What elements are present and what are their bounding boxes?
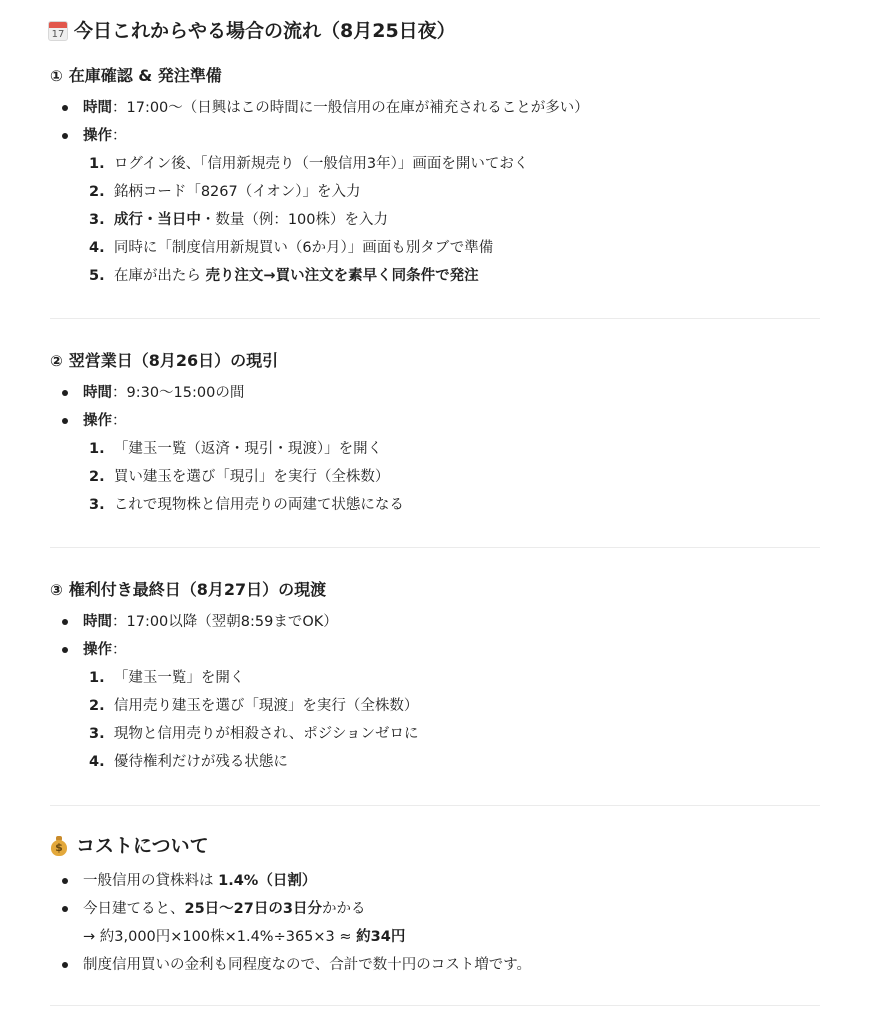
bullet-icon (62, 418, 68, 424)
section-1-heading: ① 在庫確認 & 発注準備 (50, 64, 222, 88)
divider (50, 1005, 820, 1006)
section-2-step: 1. 「建玉一覧（返済・現引・現渡）」を開く (89, 439, 382, 459)
section-1-step: 1. ログイン後、「信用新規売り（一般信用3年）」画面を開いておく (89, 154, 528, 174)
section-1-step: 5. 在庫が出たら 売り注文→買い注文を素早く同条件で発注 (89, 266, 479, 286)
section-2-ops-label: 操作： (83, 411, 127, 431)
circled-number-3: ③ (50, 578, 63, 602)
bullet-icon (62, 647, 68, 653)
section-1-step: 2. 銘柄コード「8267（イオン）」を入力 (89, 182, 361, 202)
section-2-step: 2. 買い建玉を選び「現引」を実行（全株数） (89, 467, 389, 487)
bullet-icon (62, 105, 68, 111)
section-2-step: 3. これで現物株と信用売りの両建て状態になる (89, 495, 404, 515)
divider (50, 547, 820, 548)
page-title-text: 今日これからやる場合の流れ（8月25日夜） (74, 17, 456, 45)
section-3-step: 2. 信用売り建玉を選び「現渡」を実行（全株数） (89, 696, 418, 716)
bullet-icon (62, 390, 68, 396)
section-1-time: 時間：17:00〜（日興はこの時間に一般信用の在庫が補充されることが多い） (83, 98, 589, 118)
section-1-ops-label: 操作： (83, 126, 127, 146)
section-1-step: 4. 同時に「制度信用新規買い（6か月）」画面も別タブで準備 (89, 238, 493, 258)
calendar-icon: 17 (48, 21, 68, 41)
money-bag-icon: $ (50, 835, 68, 857)
cost-item: 今日建てると、25日〜27日の3日分かかる (83, 899, 365, 919)
bullet-icon (62, 906, 68, 912)
divider (50, 318, 820, 319)
cost-heading: $ コストについて (50, 832, 209, 860)
section-3-heading: ③ 権利付き最終日（8月27日）の現渡 (50, 578, 326, 602)
bullet-icon (62, 878, 68, 884)
section-1-step: 3. 成行・当日中・数量（例：100株）を入力 (89, 210, 388, 230)
circled-number-1: ① (50, 64, 63, 88)
bullet-icon (62, 133, 68, 139)
page-title: 17 今日これからやる場合の流れ（8月25日夜） (48, 17, 456, 45)
section-3-ops-label: 操作： (83, 640, 127, 660)
section-3-step: 3. 現物と信用売りが相殺され、ポジションゼロに (89, 724, 419, 744)
section-2-time: 時間：9:30〜15:00の間 (83, 383, 244, 403)
bullet-icon (62, 619, 68, 625)
section-3-step: 4. 優待権利だけが残る状態に (89, 752, 288, 772)
cost-item: 一般信用の貸株料は 1.4%（日割） (83, 871, 316, 891)
section-3-time: 時間：17:00以降（翌朝8:59までOK） (83, 612, 338, 632)
section-2-heading: ② 翌営業日（8月26日）の現引 (50, 349, 278, 373)
section-3-step: 1. 「建玉一覧」を開く (89, 668, 244, 688)
bullet-icon (62, 962, 68, 968)
divider (50, 805, 820, 806)
cost-calculation: → 約3,000円×100株×1.4%÷365×3 ≈ 約34円 (83, 927, 405, 947)
circled-number-2: ② (50, 349, 63, 373)
cost-item: 制度信用買いの金利も同程度なので、合計で数十円のコスト増です。 (83, 955, 531, 975)
